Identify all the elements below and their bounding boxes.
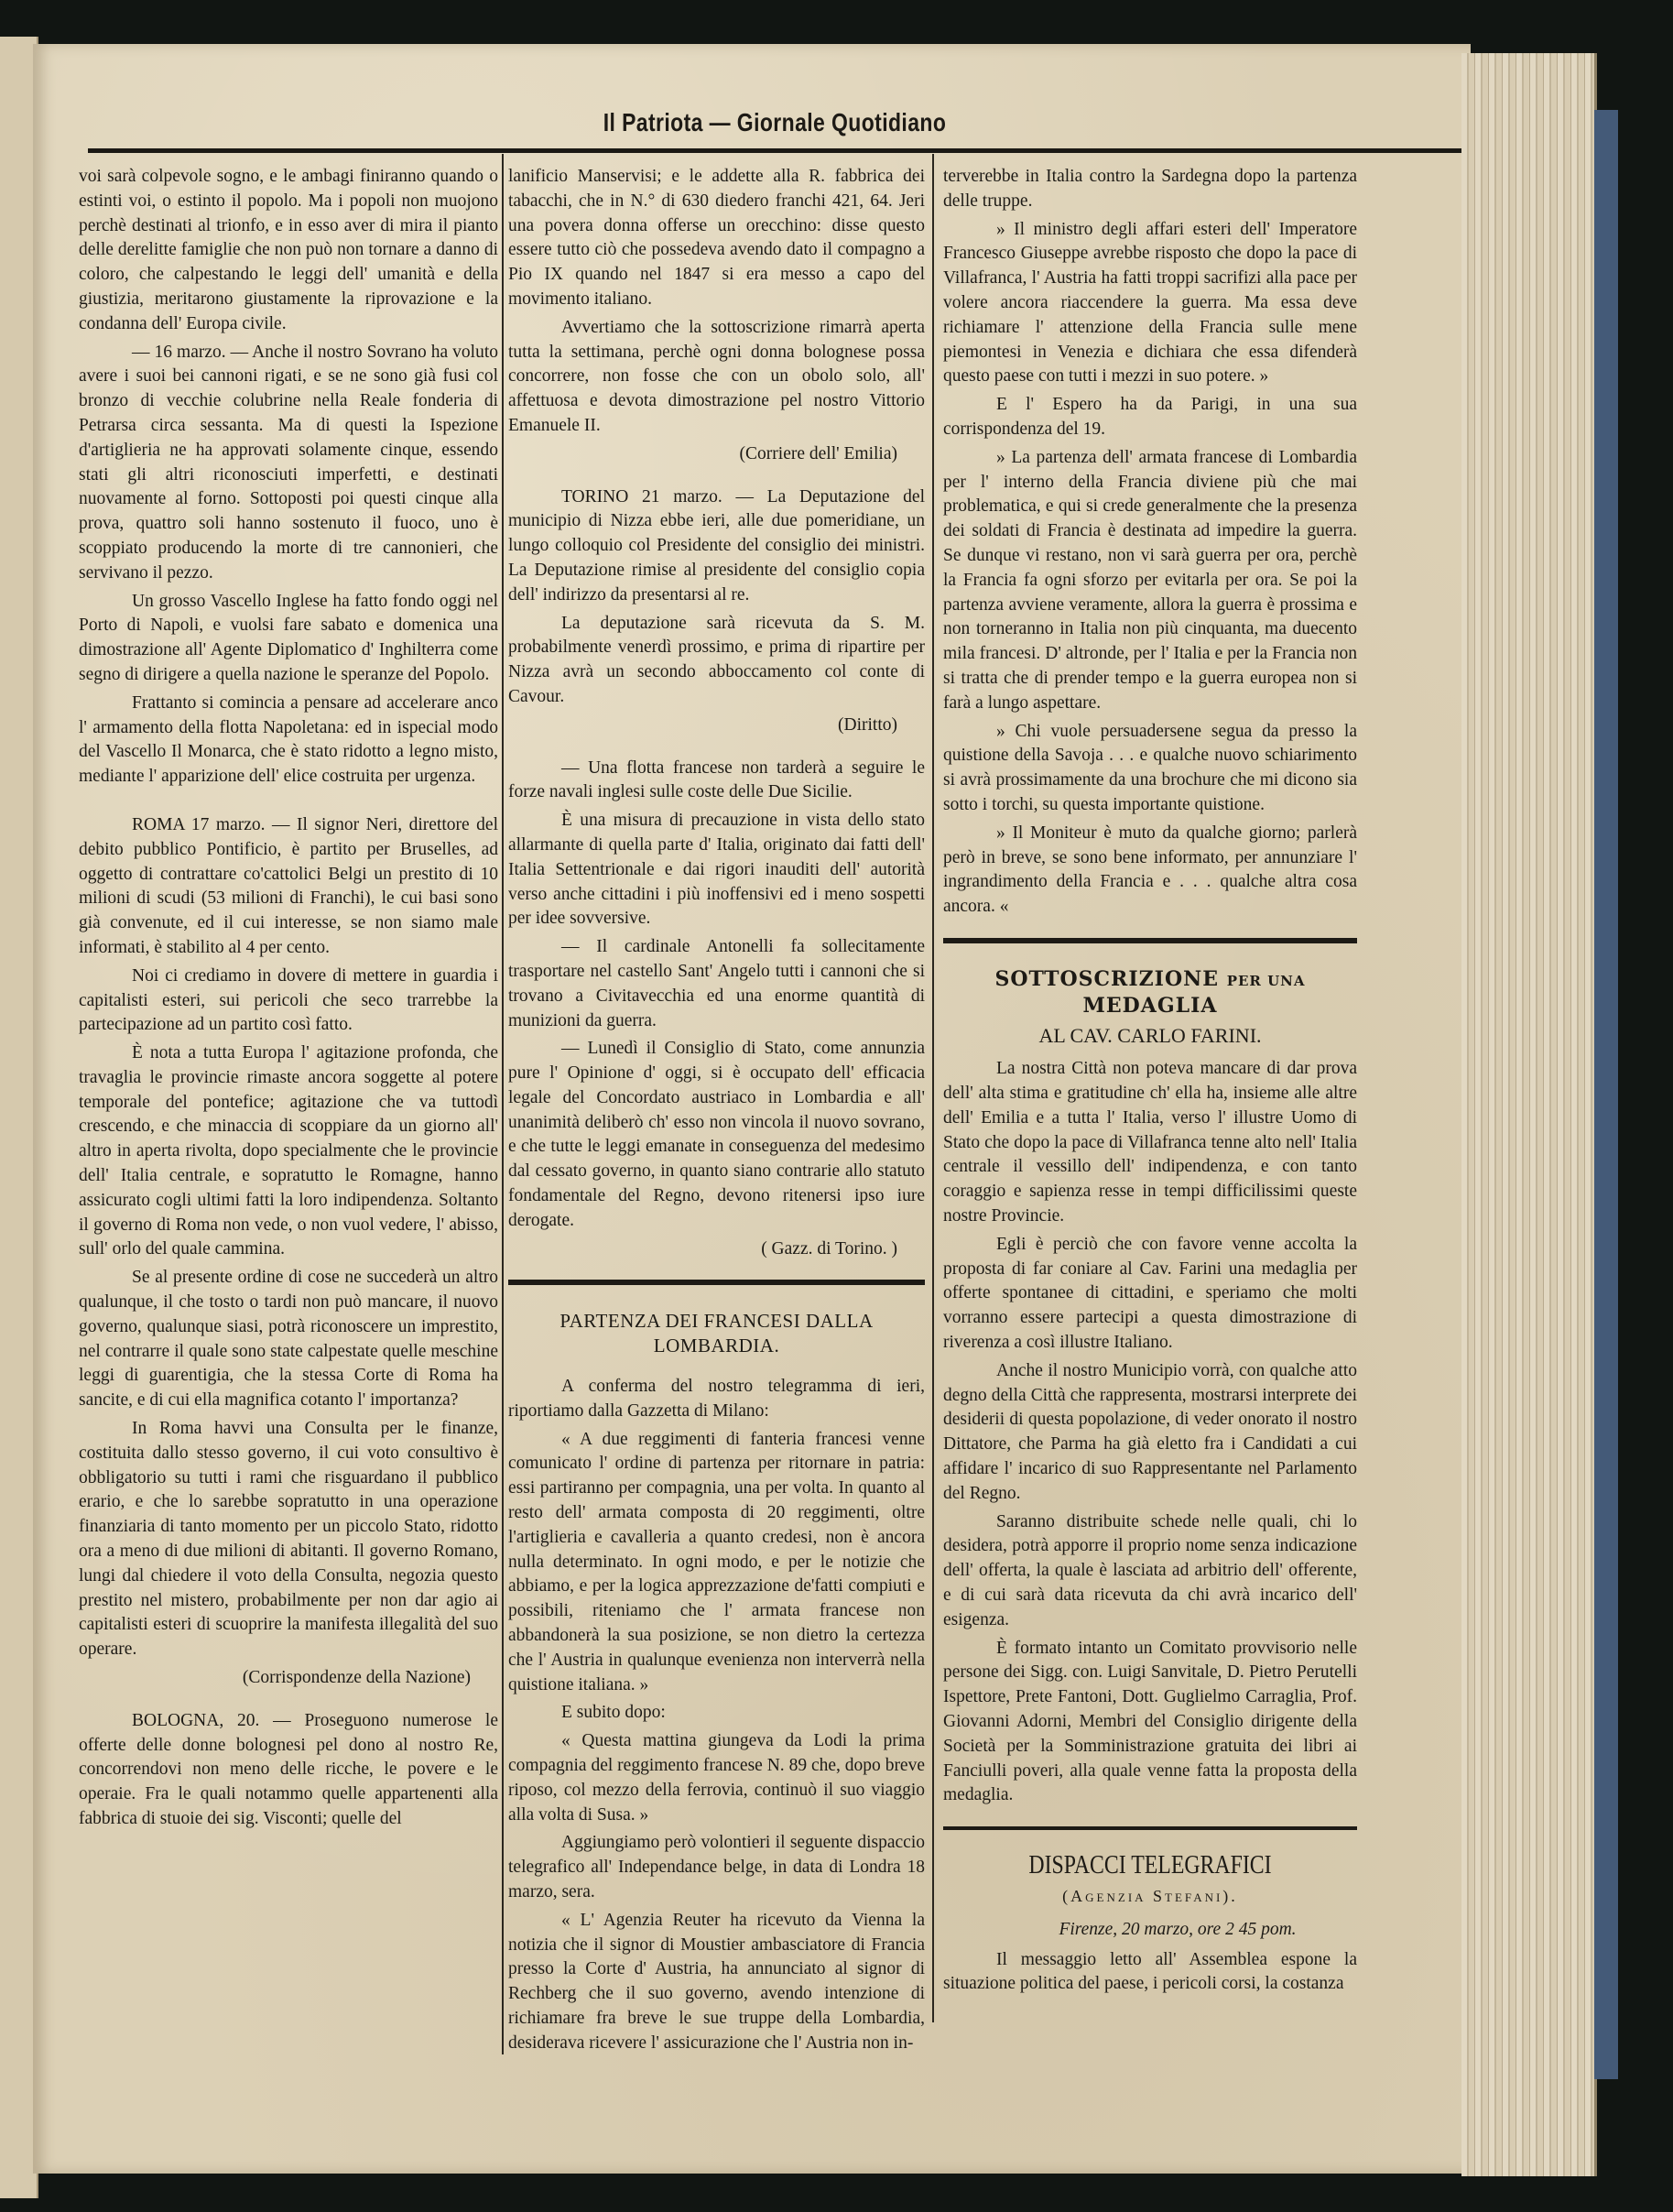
source-attribution: (Corriere dell' Emilia) [508,442,925,467]
paragraph: — Lunedì il Consiglio di Stato, come ann… [508,1037,925,1233]
paragraph: terverebbe in Italia contro la Sardegna … [943,165,1357,214]
paragraph: Aggiungiamo però volontieri il seguente … [508,1831,925,1904]
source-attribution: ( Gazz. di Torino. ) [508,1237,925,1262]
source-attribution: (Diritto) [508,714,925,738]
paragraph: — 16 marzo. — Anche il nostro Sovrano ha… [79,341,498,586]
paragraph: » La partenza dell' armata francese di L… [943,446,1357,716]
paragraph: Frattanto si comincia a pensare ad accel… [79,692,498,790]
paragraph: « Questa mattina giungeva da Lodi la pri… [508,1729,925,1827]
section-rule [943,1826,1357,1830]
paragraph: — Una flotta francese non tarderà a segu… [508,757,925,806]
paragraph: È formato intanto un Comitato provvisori… [943,1637,1357,1809]
paragraph: Avvertiamo che la sottoscrizione rimarrà… [508,316,925,439]
paragraph: In Roma havvi una Consulta per le finanz… [79,1417,498,1662]
paragraph: Egli è perciò che con favore venne accol… [943,1233,1357,1356]
paragraph: voi sarà colpevole sogno, e le ambagi fi… [79,165,498,337]
paragraph: » Il Moniteur è muto da qualche giorno; … [943,822,1357,920]
paragraph: lanificio Manservisi; e le addette alla … [508,165,925,312]
agency-label: (Agenzia Stefani). [943,1884,1357,1909]
paragraph: La deputazione sarà ricevuta da S. M. pr… [508,612,925,710]
section-title-dispacci: DISPACCI TELEGRAFICI [974,1854,1326,1879]
paragraph-roma: ROMA 17 marzo. — Il signor Neri, diretto… [79,813,498,961]
section-subtitle: AL CAV. CARLO FARINI. [943,1024,1357,1049]
paragraph: Noi ci crediamo in dovere di mettere in … [79,964,498,1038]
column-2: lanificio Manservisi; e le addette alla … [508,165,925,2060]
paragraph: E subito dopo: [508,1701,925,1726]
paragraph: « A due reggimenti di fanteria francesi … [508,1428,925,1698]
book-page-edges [1461,53,1597,2176]
paragraph: « L' Agenzia Reuter ha ricevuto da Vienn… [508,1909,925,2056]
paragraph: Saranno distribuite schede nelle quali, … [943,1510,1357,1633]
paragraph: Il messaggio letto all' Assemblea espone… [943,1948,1357,1998]
section-title-medaglia: SOTTOSCRIZIONE PER UNA MEDAGLIA [943,967,1357,1019]
running-header: Il Patriota — Giornale Quotidiano [212,108,1338,137]
book-cover-edge [1594,110,1618,2079]
source-attribution: (Corrispondenze della Nazione) [79,1666,498,1691]
paragraph: La nostra Città non poteva mancare di da… [943,1057,1357,1229]
column-1: voi sarà colpevole sogno, e le ambagi fi… [79,165,498,1836]
paragraph-torino: TORINO 21 marzo. — La Deputazione del mu… [508,485,925,608]
column-3: terverebbe in Italia contro la Sardegna … [943,165,1357,2000]
paragraph-bologna: BOLOGNA, 20. — Proseguono numerose le of… [79,1709,498,1832]
paragraph: Se al presente ordine di cose ne succede… [79,1266,498,1413]
section-title-partenza: PARTENZA DEI FRANCESI DALLA LOMBARDIA. [508,1309,925,1358]
column-divider-2 [932,154,934,2022]
dateline: Firenze, 20 marzo, ore 2 45 pom. [998,1918,1357,1943]
section-rule [943,938,1357,943]
paragraph: Anche il nostro Municipio vorrà, con qua… [943,1359,1357,1507]
section-rule [508,1280,925,1285]
column-divider-1 [502,154,504,2054]
header-rule [88,148,1461,153]
paragraph: A conferma del nostro telegramma di ieri… [508,1375,925,1424]
paragraph: — Il cardinale Antonelli fa sollecitamen… [508,935,925,1033]
paragraph: E l' Espero ha da Parigi, in una sua cor… [943,393,1357,442]
paragraph: » Chi vuole persuadersene segua da press… [943,720,1357,818]
paragraph: Un grosso Vascello Inglese ha fatto fond… [79,590,498,688]
paragraph: È nota a tutta Europa l' agitazione prof… [79,1041,498,1262]
paragraph: È una misura di precauzione in vista del… [508,809,925,932]
paragraph: » Il ministro degli affari esteri dell' … [943,218,1357,390]
